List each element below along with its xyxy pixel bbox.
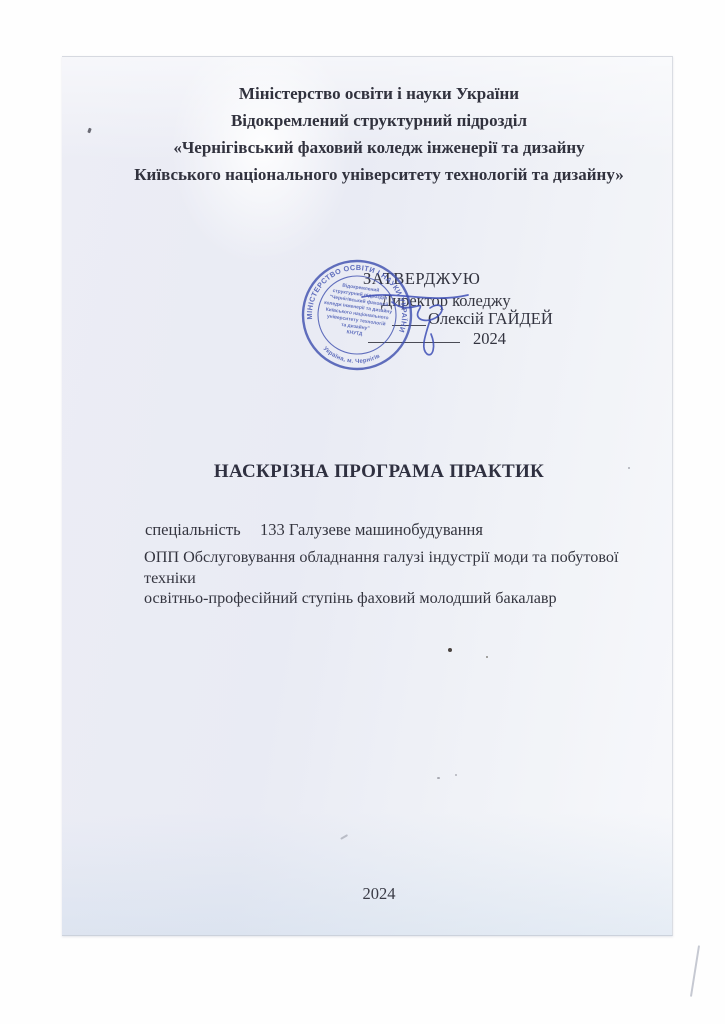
opp-paragraph: ОПП Обслуговування обладнання галузі інд… — [144, 547, 618, 609]
header-line-subdivision: Відокремлений структурний підрозділ — [69, 107, 689, 134]
header-line-college: «Чернігівський фаховий коледж інженерії … — [69, 134, 689, 161]
scanned-page — [62, 56, 673, 936]
speciality-label: спеціальність — [145, 520, 241, 539]
dust-speck — [437, 777, 440, 779]
speciality-value: 133 Галузеве машинобудування — [260, 520, 483, 540]
speciality-row: спеціальність 133 Галузеве машинобудуван… — [145, 520, 241, 540]
dust-speck — [455, 774, 457, 776]
dust-speck — [628, 467, 630, 469]
header-line-university: Київського національного університету те… — [69, 161, 689, 188]
scan-scratch-mark — [690, 945, 700, 997]
header-line-ministry: Міністерство освіти і науки України — [69, 80, 689, 107]
signature-scribble-icon — [280, 250, 580, 380]
dust-speck — [448, 648, 452, 652]
opp-line-2: техніки — [144, 568, 618, 589]
document-title: НАСКРІЗНА ПРОГРАМА ПРАКТИК — [69, 461, 689, 483]
dust-speck — [486, 656, 488, 658]
document-header: Міністерство освіти і науки України Відо… — [69, 80, 689, 188]
degree-line: освітньо-професійний ступінь фаховий мол… — [144, 588, 618, 609]
scanned-document-canvas: Міністерство освіти і науки України Відо… — [0, 0, 725, 1024]
footer-year: 2024 — [69, 884, 689, 904]
opp-line-1: ОПП Обслуговування обладнання галузі інд… — [144, 547, 618, 568]
